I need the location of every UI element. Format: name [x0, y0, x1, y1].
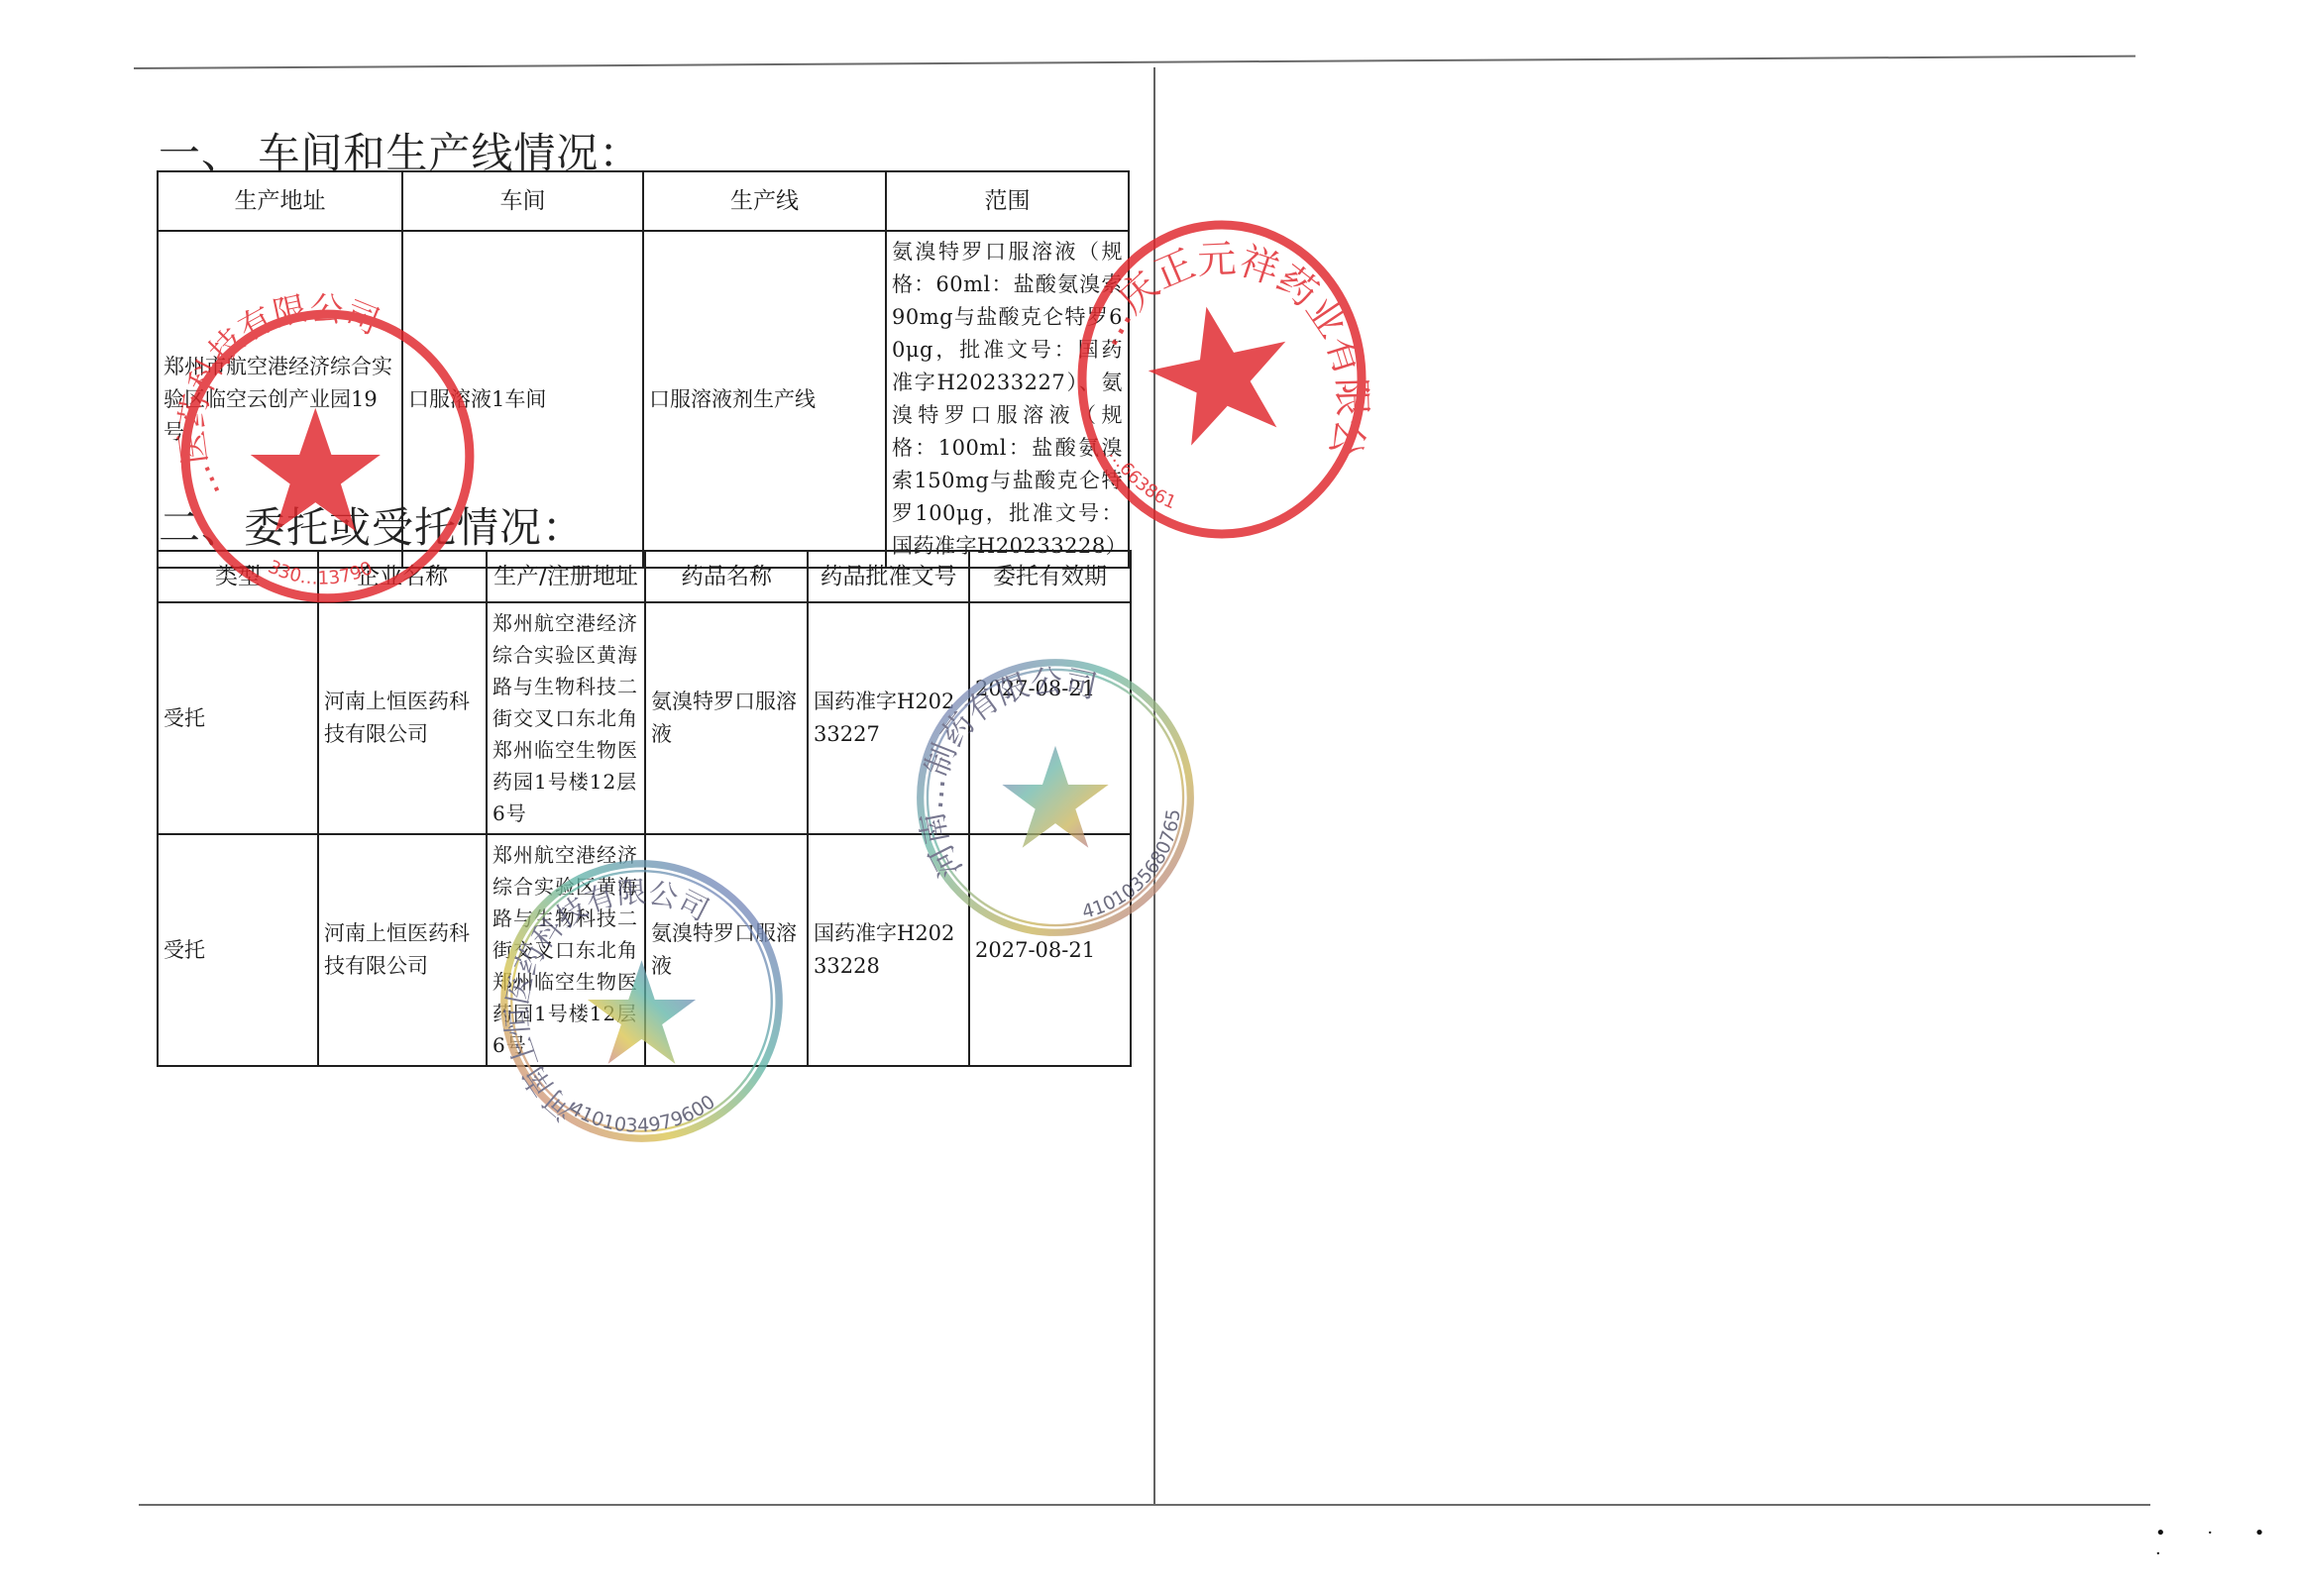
bottom-rule	[139, 1504, 2150, 1506]
header-workshop: 车间	[402, 171, 643, 231]
cell-reg-address: 郑州航空港经济综合实验区黄海路与生物科技二街交叉口东北角郑州临空生物医药园1号楼…	[487, 602, 645, 834]
header-approval: 药品批准文号	[808, 551, 969, 602]
header-company: 企业名称	[318, 551, 487, 602]
cell-company: 河南上恒医药科技有限公司	[318, 602, 487, 834]
cell-reg-address: 郑州航空港经济综合实验区黄海路与生物科技二街交叉口东北角郑州临空生物医药园1号楼…	[487, 834, 645, 1066]
cell-type: 受托	[158, 602, 318, 834]
footer-marks: • · • ·	[2155, 1523, 2299, 1564]
svg-text:4101034979600: 4101034979600	[566, 1090, 719, 1136]
header-line: 生产线	[643, 171, 886, 231]
cell-approval: 国药准字H20233228	[808, 834, 969, 1066]
section2-title: 二、委托或受托情况：	[159, 495, 585, 555]
header-address: 生产地址	[158, 171, 402, 231]
page-divider	[1153, 67, 1155, 1504]
entrust-table: 类型 企业名称 生产/注册地址 药品名称 药品批准文号 委托有效期 受托 河南上…	[157, 550, 1132, 1067]
table-row: 受托 河南上恒医药科技有限公司 郑州航空港经济综合实验区黄海路与生物科技二街交叉…	[158, 834, 1131, 1066]
cell-approval: 国药准字H20233227	[808, 602, 969, 834]
cell-validity: 2027-08-21	[969, 602, 1131, 834]
cell-drug: 氨溴特罗口服溶液	[645, 834, 808, 1066]
table-row: 受托 河南上恒医药科技有限公司 郑州航空港经济综合实验区黄海路与生物科技二街交叉…	[158, 602, 1131, 834]
cell-drug: 氨溴特罗口服溶液	[645, 602, 808, 834]
cell-company: 河南上恒医药科技有限公司	[318, 834, 487, 1066]
top-rule	[134, 55, 2135, 69]
header-drug: 药品名称	[645, 551, 808, 602]
header-scope: 范围	[886, 171, 1129, 231]
cell-line: 口服溶液剂生产线	[643, 231, 886, 568]
cell-validity: 2027-08-21	[969, 834, 1131, 1066]
header-type: 类型	[158, 551, 318, 602]
header-reg-address: 生产/注册地址	[487, 551, 645, 602]
header-validity: 委托有效期	[969, 551, 1131, 602]
cell-type: 受托	[158, 834, 318, 1066]
cell-scope: 氨溴特罗口服溶液（规格：60ml：盐酸氨溴索90mg与盐酸克仑特罗60μg，批准…	[886, 231, 1129, 568]
